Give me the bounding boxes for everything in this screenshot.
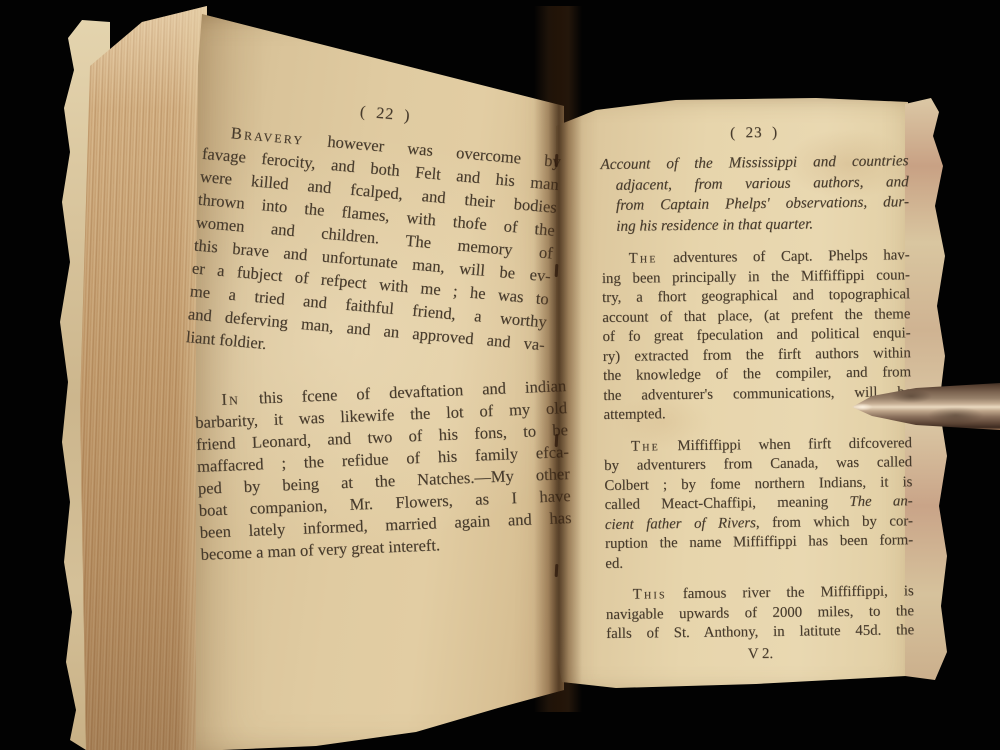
text-line: ruption the name Miffiffippi has been fo… <box>605 531 913 554</box>
lead-word: The <box>629 250 658 266</box>
text-line: falls of St. Anthony, in latitute 45d. t… <box>606 621 914 644</box>
paragraph-mississippi-name: The Miffiffippi when firft difcovered by… <box>604 434 914 574</box>
paragraph-bravery: Bravery however was overcome by favage f… <box>185 119 562 379</box>
page-number-23: ( 23 ) <box>600 120 908 146</box>
paragraph-navigable: This famous river the Miffiffippi, is na… <box>606 582 915 644</box>
italic-segment: The an- <box>849 493 912 510</box>
text-line-rest: Miffiffippi when firft difcovered <box>660 435 912 454</box>
text-segment: , from which by cor- <box>756 513 913 531</box>
lead-word: In <box>221 389 240 409</box>
left-page-text-lower: In this fcene of devaftation and indian … <box>194 375 573 566</box>
book-photo-stage: ( 22 ) Bravery however was overcome by f… <box>0 0 1000 750</box>
text-line: ed. <box>605 551 913 574</box>
text-line-rest: famous river the Miffiffippi, is <box>667 583 914 602</box>
left-page-text-upper: ( 22 ) Bravery however was overcome by f… <box>185 86 565 379</box>
heading-line: ing his residence in that quarter. <box>601 213 909 237</box>
paragraph-adventures: The adventures of Capt. Phelps hav- ing … <box>602 246 912 425</box>
signature-mark: V 2. <box>606 643 914 666</box>
chapter-heading: Account of the Mississippi and countries… <box>600 151 909 237</box>
text-segment: called Meact-Chaffipi, meaning <box>605 494 850 513</box>
italic-segment: cient father of Rivers <box>605 515 756 533</box>
right-page-text: ( 23 ) Account of the Mississippi and co… <box>600 120 915 666</box>
paragraph-devastation: In this fcene of devaftation and indian … <box>194 375 573 566</box>
heading-line: from Captain Phelps' observations, dur- <box>601 192 909 216</box>
text-line-rest: adventures of Capt. Phelps hav- <box>658 247 910 266</box>
lead-word: The <box>631 438 660 454</box>
lead-word: This <box>633 586 667 602</box>
left-fore-edge-pages <box>72 4 207 750</box>
